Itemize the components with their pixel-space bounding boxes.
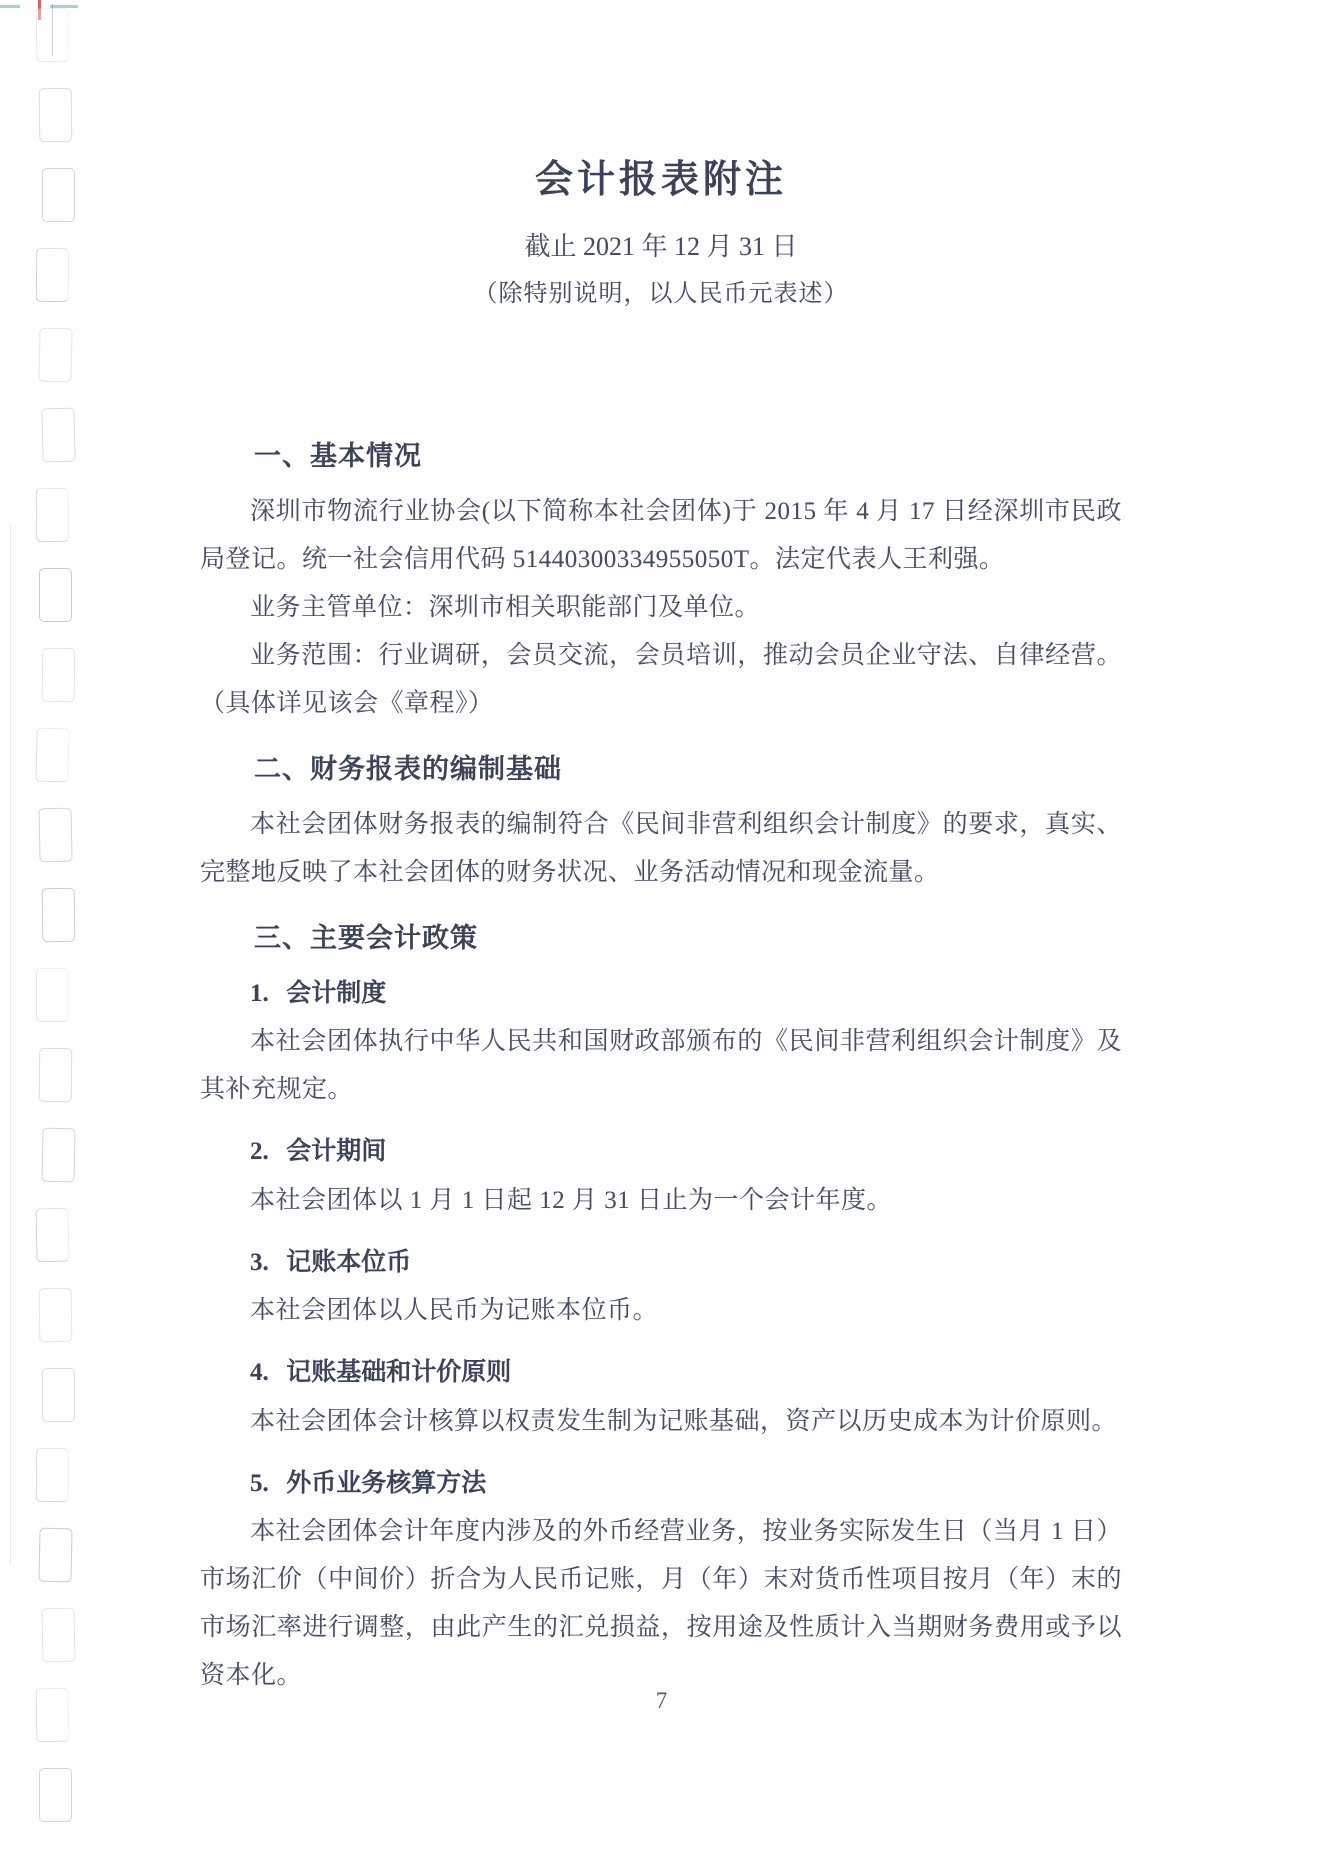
binding-hole-mark (36, 488, 70, 542)
binding-hole-mark (39, 1048, 73, 1102)
binding-hole-mark (35, 728, 69, 783)
binding-hole-mark (42, 1368, 75, 1422)
binding-hole-mark (39, 568, 72, 622)
binding-hole-mark (42, 168, 75, 222)
scan-artifact-teal-line (0, 5, 20, 8)
binding-edge-artifacts (0, 0, 110, 1871)
item-body-foreign-currency-method: 本社会团体会计年度内涉及的外币经营业务，按业务实际发生日（当月 1 日）市场汇价… (200, 1508, 1122, 1700)
item-number: 4. (250, 1359, 269, 1386)
binding-hole-mark (41, 408, 75, 463)
document-page: 会计报表附注 截止 2021 年 12 月 31 日 （除特别说明，以人民币元表… (0, 0, 1323, 1871)
section-heading-accounting-policies: 三、主要会计政策 (200, 921, 1122, 956)
section-heading-basic-info: 一、基本情况 (200, 439, 1122, 474)
binding-hole-mark (35, 1208, 69, 1263)
item-body-accounting-basis: 本社会团体会计核算以权责发生制为记账基础，资产以历史成本为计价原则。 (200, 1398, 1122, 1446)
binding-hole-mark (38, 328, 72, 383)
item-number: 5. (250, 1470, 269, 1497)
paragraph-registration-info: 深圳市物流行业协会(以下简称本社会团体)于 2015 年 4 月 17 日经深圳… (200, 488, 1122, 584)
report-date-line: 截止 2021 年 12 月 31 日 (200, 230, 1122, 264)
scan-artifact-gray-line (52, 4, 53, 56)
binding-hole-mark (38, 1528, 72, 1583)
paragraph-preparation-basis: 本社会团体财务报表的编制符合《民间非营利组织会计制度》的要求，真实、完整地反映了… (200, 801, 1122, 897)
scan-artifact-teal-line (50, 5, 78, 8)
binding-hole-mark (38, 808, 72, 863)
item-body-functional-currency: 本社会团体以人民币为记账本位币。 (200, 1287, 1122, 1335)
binding-hole-mark (39, 1768, 72, 1822)
binding-hole-mark (42, 888, 76, 942)
item-title-functional-currency: 3.记账本位币 (200, 1247, 1122, 1280)
item-title-text: 记账基础和计价原则 (286, 1359, 511, 1386)
item-title-text: 会计期间 (286, 1138, 386, 1165)
currency-note-line: （除特别说明，以人民币元表述） (200, 279, 1122, 310)
item-title-foreign-currency-method: 5.外币业务核算方法 (200, 1468, 1122, 1501)
scan-artifact-vertical-line (10, 525, 11, 1565)
binding-hole-mark (41, 1608, 75, 1663)
item-number: 2. (250, 1138, 269, 1165)
section-heading-preparation-basis: 二、财务报表的编制基础 (200, 752, 1122, 787)
item-title-accounting-basis: 4.记账基础和计价原则 (200, 1357, 1122, 1390)
scan-artifact-red-mark (38, 0, 41, 20)
page-number: 7 (0, 1688, 1323, 1714)
binding-hole-mark (39, 1288, 73, 1342)
document-title: 会计报表附注 (200, 158, 1122, 204)
binding-hole-mark (41, 1128, 75, 1183)
binding-hole-mark (36, 968, 69, 1022)
item-number: 1. (250, 980, 269, 1007)
item-number: 3. (250, 1249, 269, 1276)
item-title-accounting-period: 2.会计期间 (200, 1136, 1122, 1169)
paragraph-supervisory-unit: 业务主管单位：深圳市相关职能部门及单位。 (200, 584, 1122, 632)
binding-hole-mark (35, 8, 69, 63)
paragraph-business-scope: 业务范围：行业调研，会员交流，会员培训，推动会员企业守法、自律经营。（具体详见该… (200, 632, 1122, 728)
item-title-text: 记账本位币 (286, 1249, 411, 1276)
item-title-text: 外币业务核算方法 (286, 1470, 486, 1497)
item-body-accounting-period: 本社会团体以 1 月 1 日起 12 月 31 日止为一个会计年度。 (200, 1177, 1122, 1225)
item-title-text: 会计制度 (286, 980, 386, 1007)
item-body-accounting-system: 本社会团体执行中华人民共和国财政部颁布的《民间非营利组织会计制度》及其补充规定。 (200, 1018, 1122, 1114)
binding-hole-mark (42, 648, 76, 702)
binding-hole-mark (36, 1448, 70, 1502)
document-content: 会计报表附注 截止 2021 年 12 月 31 日 （除特别说明，以人民币元表… (200, 158, 1122, 1700)
item-title-accounting-system: 1.会计制度 (200, 978, 1122, 1011)
binding-hole-mark (36, 248, 70, 302)
binding-hole-mark (39, 88, 73, 142)
